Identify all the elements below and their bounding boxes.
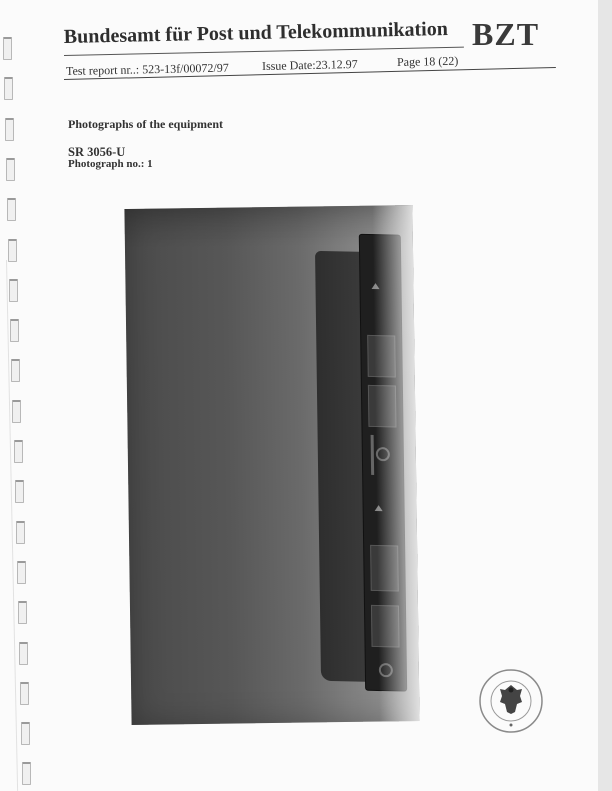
page-number: Page 18 (22) bbox=[397, 54, 459, 70]
binding-hole bbox=[17, 561, 26, 584]
binding-hole bbox=[20, 682, 29, 705]
binding-hole bbox=[18, 601, 27, 624]
binding-hole bbox=[10, 319, 19, 342]
binding-hole bbox=[12, 400, 21, 423]
binding-hole bbox=[11, 359, 20, 382]
binding-hole bbox=[9, 279, 18, 302]
photograph-number: Photograph no.: 1 bbox=[68, 158, 153, 170]
binding-hole bbox=[16, 521, 25, 544]
binding-hole bbox=[14, 440, 23, 463]
binding-hole bbox=[3, 37, 12, 60]
brand-logo-text: BZT bbox=[472, 16, 539, 53]
binding-hole bbox=[5, 118, 14, 141]
section-heading: Photographs of the equipment bbox=[68, 117, 223, 132]
binding-hole bbox=[19, 642, 28, 665]
page-edge-shadow bbox=[598, 0, 612, 791]
official-stamp bbox=[478, 668, 544, 734]
binding-hole bbox=[6, 158, 15, 181]
binding-hole bbox=[21, 722, 30, 745]
federal-eagle-icon bbox=[500, 685, 522, 714]
equipment-photo bbox=[124, 205, 419, 725]
binding-hole bbox=[22, 762, 31, 785]
brand-label bbox=[371, 435, 375, 475]
binding-hole bbox=[4, 77, 13, 100]
binding-hole bbox=[7, 198, 16, 221]
binding-hole bbox=[15, 480, 24, 503]
binding-hole bbox=[8, 239, 17, 262]
